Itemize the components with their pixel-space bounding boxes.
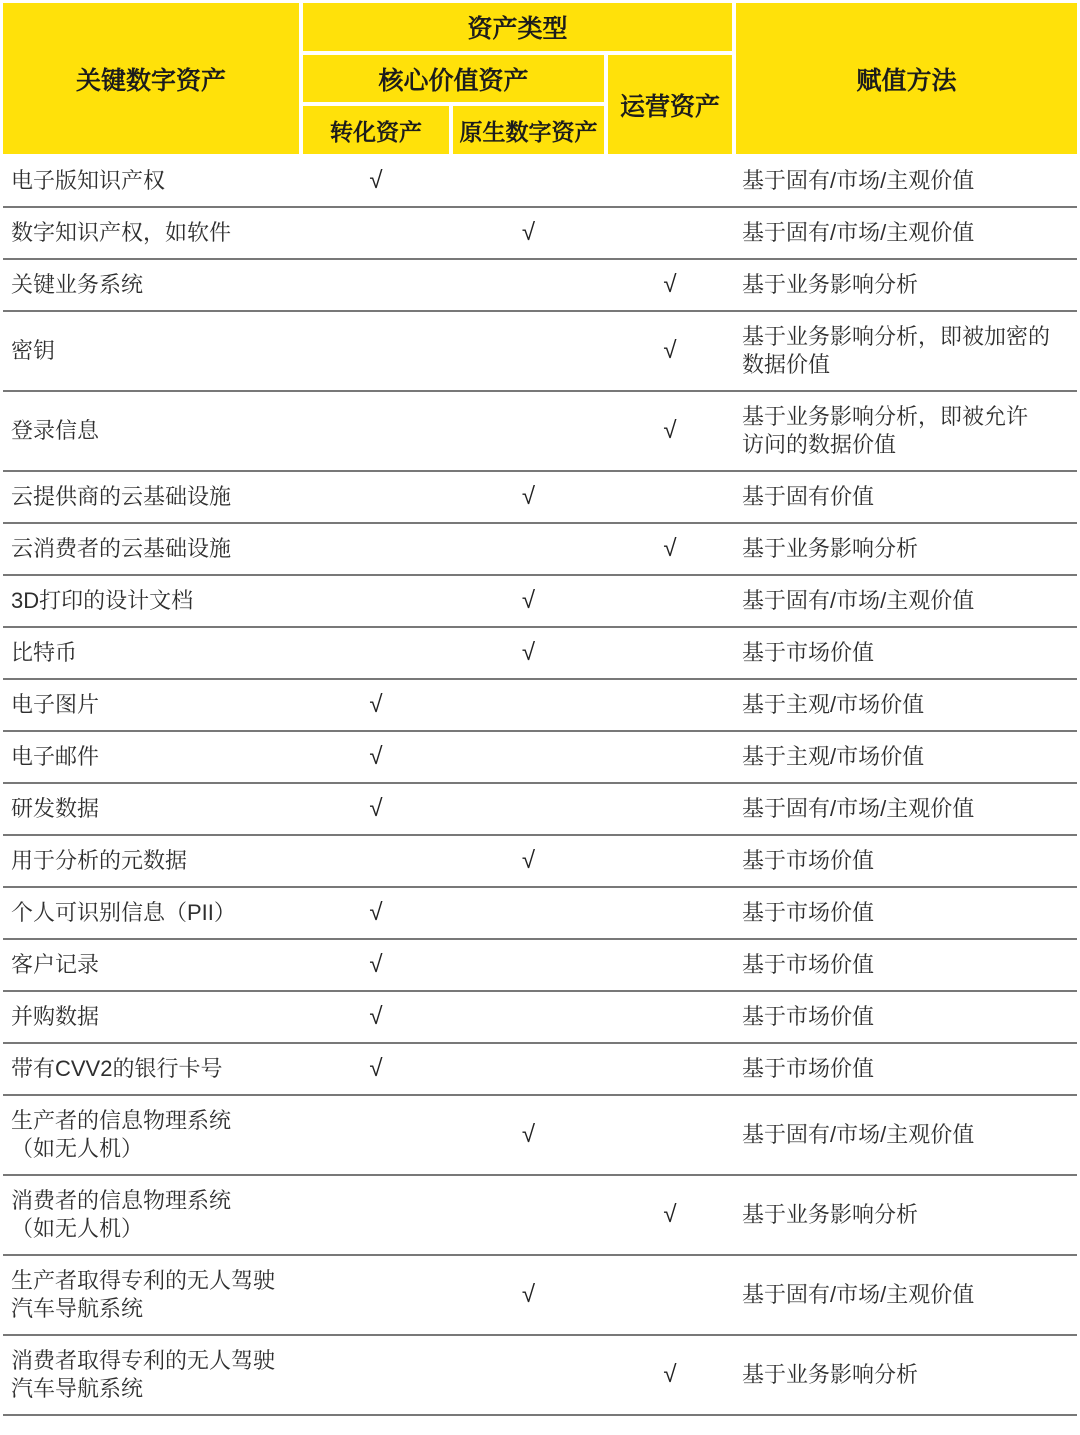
header-native-digital-assets: 原生数字资产 (453, 106, 604, 154)
valuation-value: 基于市场价值 (736, 888, 1077, 938)
check-operational (608, 732, 732, 782)
asset-name: 电子图片 (3, 680, 299, 730)
table-row: 数字知识产权，如软件 √ 基于固有/市场/主观价值 (3, 208, 1077, 260)
table-row: 个人可识别信息（PII） √ 基于市场价值 (3, 888, 1077, 940)
header-core-value-assets: 核心价值资产 (303, 55, 604, 102)
check-converted (303, 312, 449, 390)
asset-name: 密钥 (3, 312, 299, 390)
check-converted (303, 1256, 449, 1334)
valuation-value: 基于业务影响分析 (736, 260, 1077, 310)
valuation-value: 基于市场价值 (736, 836, 1077, 886)
valuation-value: 基于固有/市场/主观价值 (736, 576, 1077, 626)
valuation-value: 基于固有/市场/主观价值 (736, 156, 1077, 206)
table-row: 研发数据 √ 基于固有/市场/主观价值 (3, 784, 1077, 836)
asset-name: 生产者取得专利的无人驾驶 汽车导航系统 (3, 1256, 299, 1334)
check-native: √ (453, 836, 604, 886)
check-converted (303, 1336, 449, 1414)
table-row: 3D打印的设计文档 √ 基于固有/市场/主观价值 (3, 576, 1077, 628)
check-native (453, 732, 604, 782)
check-operational (608, 628, 732, 678)
check-native: √ (453, 1096, 604, 1174)
asset-name: 登录信息 (3, 392, 299, 470)
check-native (453, 888, 604, 938)
check-converted: √ (303, 940, 449, 990)
asset-valuation-table: 关键数字资产 资产类型 核心价值资产 运营资产 转化资产 原生数字资产 赋值方法… (0, 0, 1080, 1435)
check-converted: √ (303, 156, 449, 206)
header-asset-type: 资产类型 (303, 3, 732, 51)
check-operational: √ (608, 1176, 732, 1254)
check-converted: √ (303, 992, 449, 1042)
table-row: 并购数据 √ 基于市场价值 (3, 992, 1077, 1044)
check-operational (608, 1256, 732, 1334)
check-native: √ (453, 576, 604, 626)
check-converted: √ (303, 680, 449, 730)
check-operational (608, 680, 732, 730)
check-native: √ (453, 472, 604, 522)
table-row: 生产者的信息物理系统 （如无人机） √ 基于固有/市场/主观价值 (3, 1096, 1077, 1176)
table-row: 电子邮件 √ 基于主观/市场价值 (3, 732, 1077, 784)
table-row: 生产者取得专利的无人驾驶 汽车导航系统 √ 基于固有/市场/主观价值 (3, 1256, 1077, 1336)
asset-name: 云消费者的云基础设施 (3, 524, 299, 574)
valuation-value: 基于市场价值 (736, 1044, 1077, 1094)
check-native (453, 1176, 604, 1254)
check-operational (608, 472, 732, 522)
asset-name: 客户记录 (3, 940, 299, 990)
valuation-value: 基于固有/市场/主观价值 (736, 784, 1077, 834)
check-converted: √ (303, 784, 449, 834)
table-header: 关键数字资产 资产类型 核心价值资产 运营资产 转化资产 原生数字资产 赋值方法 (3, 3, 1077, 154)
check-native: √ (453, 628, 604, 678)
check-converted: √ (303, 888, 449, 938)
check-converted (303, 472, 449, 522)
check-converted (303, 576, 449, 626)
table-body: 电子版知识产权 √ 基于固有/市场/主观价值 数字知识产权，如软件 √ 基于固有… (3, 156, 1077, 1416)
check-converted (303, 524, 449, 574)
check-native (453, 392, 604, 470)
check-operational: √ (608, 260, 732, 310)
header-key-digital-assets: 关键数字资产 (3, 3, 299, 154)
asset-name: 云提供商的云基础设施 (3, 472, 299, 522)
table-row: 电子版知识产权 √ 基于固有/市场/主观价值 (3, 156, 1077, 208)
check-native (453, 680, 604, 730)
asset-name: 消费者取得专利的无人驾驶 汽车导航系统 (3, 1336, 299, 1414)
valuation-value: 基于业务影响分析 (736, 1176, 1077, 1254)
valuation-value: 基于业务影响分析 (736, 524, 1077, 574)
check-native (453, 156, 604, 206)
valuation-value: 基于市场价值 (736, 940, 1077, 990)
check-converted (303, 392, 449, 470)
check-operational (608, 836, 732, 886)
header-converted-assets: 转化资产 (303, 106, 449, 154)
asset-name: 消费者的信息物理系统 （如无人机） (3, 1176, 299, 1254)
check-operational (608, 576, 732, 626)
valuation-value: 基于业务影响分析，即被允许 访问的数据价值 (736, 392, 1077, 470)
check-converted (303, 208, 449, 258)
table-row: 带有CVV2的银行卡号 √ 基于市场价值 (3, 1044, 1077, 1096)
check-operational (608, 992, 732, 1042)
table-row: 用于分析的元数据 √ 基于市场价值 (3, 836, 1077, 888)
table-row: 消费者取得专利的无人驾驶 汽车导航系统 √ 基于业务影响分析 (3, 1336, 1077, 1416)
check-native (453, 1336, 604, 1414)
valuation-value: 基于固有/市场/主观价值 (736, 208, 1077, 258)
table-row: 云提供商的云基础设施 √ 基于固有价值 (3, 472, 1077, 524)
check-native (453, 992, 604, 1042)
asset-name: 带有CVV2的银行卡号 (3, 1044, 299, 1094)
asset-name: 个人可识别信息（PII） (3, 888, 299, 938)
table-row: 客户记录 √ 基于市场价值 (3, 940, 1077, 992)
valuation-value: 基于主观/市场价值 (736, 732, 1077, 782)
table-row: 关键业务系统 √ 基于业务影响分析 (3, 260, 1077, 312)
valuation-value: 基于业务影响分析 (736, 1336, 1077, 1414)
check-operational: √ (608, 392, 732, 470)
asset-name: 研发数据 (3, 784, 299, 834)
header-valuation-method: 赋值方法 (736, 3, 1077, 154)
asset-name: 3D打印的设计文档 (3, 576, 299, 626)
asset-name: 数字知识产权，如软件 (3, 208, 299, 258)
valuation-value: 基于固有/市场/主观价值 (736, 1096, 1077, 1174)
check-native (453, 524, 604, 574)
table-row: 密钥 √ 基于业务影响分析，即被加密的 数据价值 (3, 312, 1077, 392)
check-native (453, 1044, 604, 1094)
check-native: √ (453, 208, 604, 258)
check-converted: √ (303, 732, 449, 782)
asset-name: 关键业务系统 (3, 260, 299, 310)
asset-name: 生产者的信息物理系统 （如无人机） (3, 1096, 299, 1174)
check-converted (303, 1096, 449, 1174)
valuation-value: 基于固有/市场/主观价值 (736, 1256, 1077, 1334)
table-row: 电子图片 √ 基于主观/市场价值 (3, 680, 1077, 732)
table-row: 登录信息 √ 基于业务影响分析，即被允许 访问的数据价值 (3, 392, 1077, 472)
check-operational: √ (608, 1336, 732, 1414)
table-row: 比特币 √ 基于市场价值 (3, 628, 1077, 680)
table-row: 消费者的信息物理系统 （如无人机） √ 基于业务影响分析 (3, 1176, 1077, 1256)
asset-name: 并购数据 (3, 992, 299, 1042)
valuation-value: 基于市场价值 (736, 628, 1077, 678)
asset-name: 电子版知识产权 (3, 156, 299, 206)
check-operational (608, 1096, 732, 1174)
check-operational (608, 208, 732, 258)
valuation-value: 基于固有价值 (736, 472, 1077, 522)
check-converted: √ (303, 1044, 449, 1094)
check-native: √ (453, 1256, 604, 1334)
check-operational: √ (608, 524, 732, 574)
check-operational (608, 940, 732, 990)
check-operational (608, 156, 732, 206)
valuation-value: 基于业务影响分析，即被加密的 数据价值 (736, 312, 1077, 390)
check-operational (608, 1044, 732, 1094)
check-native (453, 784, 604, 834)
check-converted (303, 836, 449, 886)
check-native (453, 260, 604, 310)
valuation-value: 基于主观/市场价值 (736, 680, 1077, 730)
check-converted (303, 260, 449, 310)
table-row: 云消费者的云基础设施 √ 基于业务影响分析 (3, 524, 1077, 576)
check-converted (303, 628, 449, 678)
valuation-value: 基于市场价值 (736, 992, 1077, 1042)
asset-name: 比特币 (3, 628, 299, 678)
check-operational (608, 888, 732, 938)
check-operational: √ (608, 312, 732, 390)
asset-name: 电子邮件 (3, 732, 299, 782)
header-operational-assets: 运营资产 (608, 55, 732, 154)
check-converted (303, 1176, 449, 1254)
check-native (453, 312, 604, 390)
check-operational (608, 784, 732, 834)
check-native (453, 940, 604, 990)
asset-name: 用于分析的元数据 (3, 836, 299, 886)
